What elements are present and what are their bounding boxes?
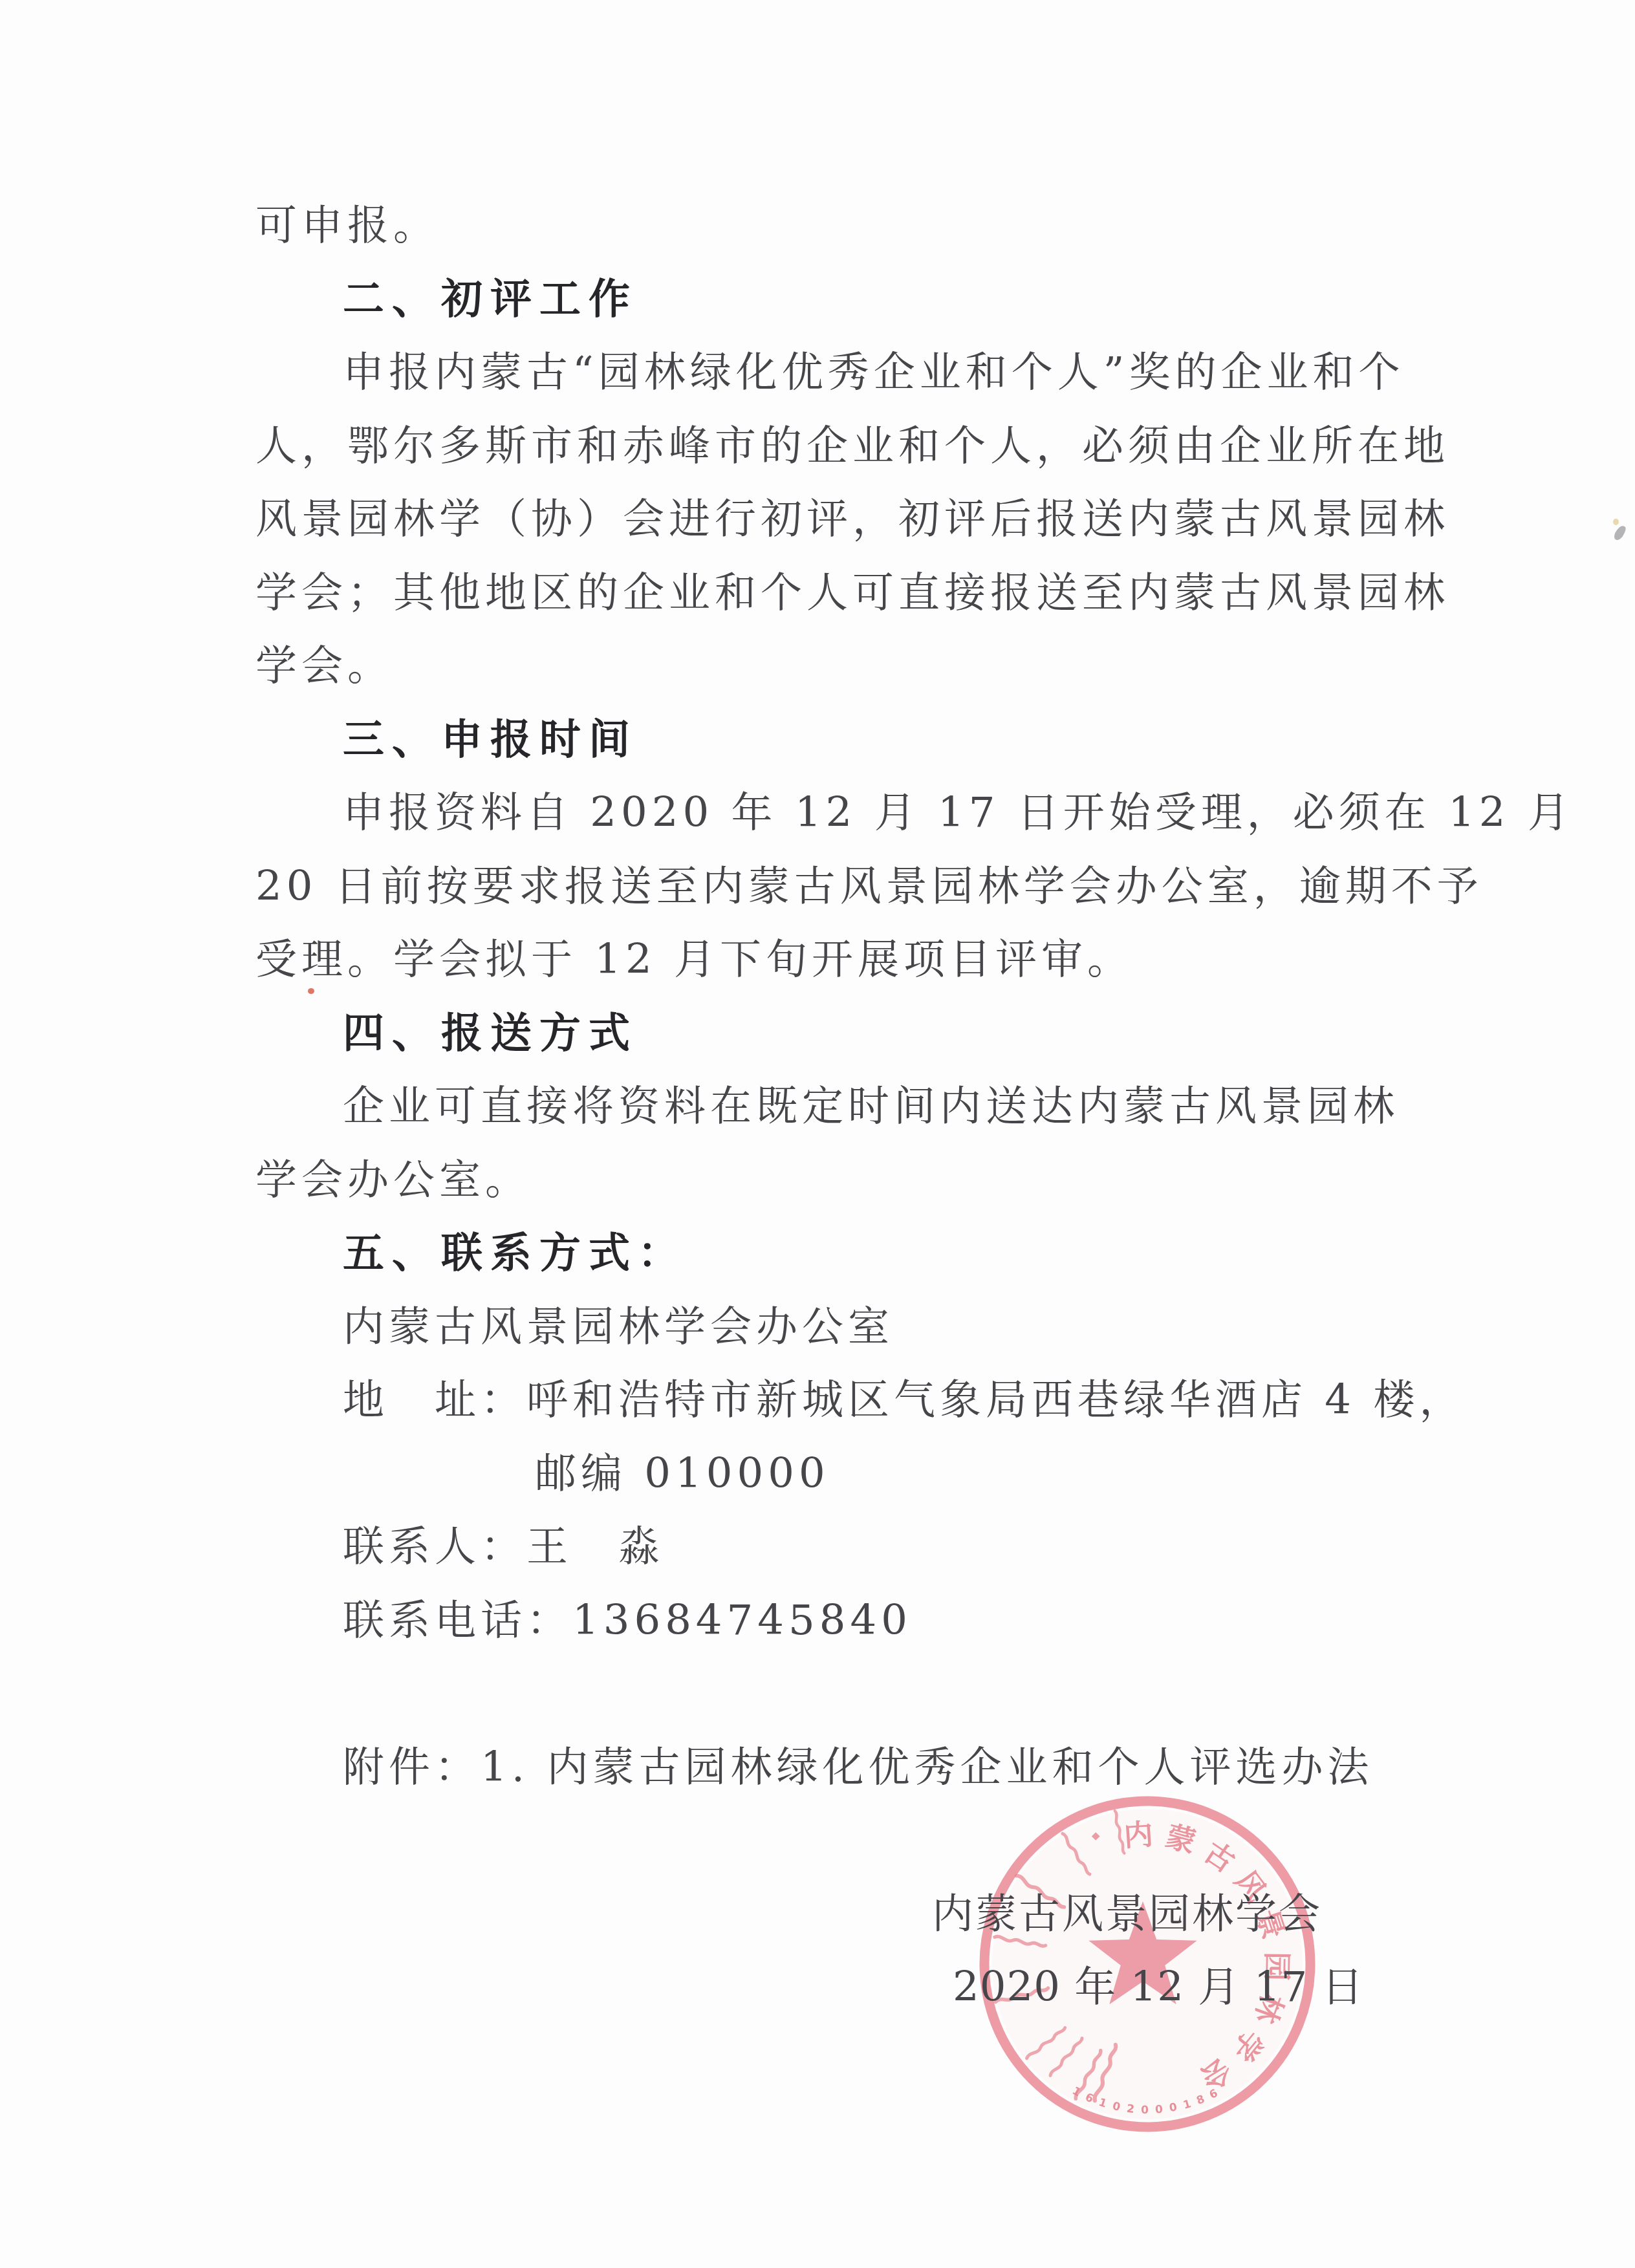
text-line: 联系电话：13684745840 bbox=[255, 1584, 1374, 1658]
text-line: 人，鄂尔多斯市和赤峰市的企业和个人，必须由企业所在地 bbox=[255, 410, 1374, 484]
seal-serial-number-digit: 0 bbox=[1141, 2104, 1149, 2117]
text-line: 内蒙古风景园林学会办公室 bbox=[255, 1291, 1374, 1365]
text-line: 联系人：王 淼 bbox=[255, 1511, 1374, 1584]
text-line: 申报资料自 2020 年 12 月 17 日开始受理，必须在 12 月 bbox=[255, 777, 1374, 850]
text-line: 学会办公室。 bbox=[255, 1144, 1374, 1218]
text-line: 地 址：呼和浩特市新城区气象局西巷绿华酒店 4 楼， bbox=[255, 1364, 1374, 1438]
seal-serial-number-digit: 0 bbox=[1154, 2103, 1164, 2117]
signature-line: 内蒙古风景园林学会 bbox=[255, 1878, 1374, 1952]
section-heading: 二、初评工作 bbox=[255, 263, 1374, 337]
text-line: 学会；其他地区的企业和个人可直接报送至内蒙古风景园林 bbox=[255, 557, 1374, 631]
section-heading: 四、报送方式 bbox=[255, 997, 1374, 1071]
text-line: 申报内蒙古“园林绿化优秀企业和个人”奖的企业和个 bbox=[255, 336, 1374, 410]
scanned-document-page: 内蒙古风景园林学会16102000186 可申报。二、初评工作申报内蒙古“园林绿… bbox=[0, 0, 1635, 2268]
seal-serial-number-digit: 2 bbox=[1126, 2102, 1135, 2116]
text-line: 可申报。 bbox=[255, 189, 1374, 263]
section-heading: 五、联系方式： bbox=[255, 1217, 1374, 1291]
date-line: 2020 年 12 月 17 日 bbox=[255, 1951, 1374, 2025]
text-line: 企业可直接将资料在既定时间内送达内蒙古风景园林 bbox=[255, 1070, 1374, 1144]
text-line: 20 日前按要求报送至内蒙古风景园林学会办公室，逾期不予 bbox=[255, 850, 1374, 924]
section-heading: 三、申报时间 bbox=[255, 704, 1374, 777]
scan-artifact-edge-smudge bbox=[1613, 524, 1627, 541]
text-line: 附件：1. 内蒙古园林绿化优秀企业和个人评选办法 bbox=[255, 1731, 1374, 1805]
text-line: 学会。 bbox=[255, 630, 1374, 704]
text-line: 风景园林学（协）会进行初评，初评后报送内蒙古风景园林 bbox=[255, 483, 1374, 557]
scan-artifact-red-dot bbox=[308, 988, 314, 994]
scan-artifact-edge-smudge bbox=[1613, 519, 1619, 525]
text-line: 邮编 010000 bbox=[255, 1438, 1374, 1511]
blank-line bbox=[255, 1804, 1374, 1878]
blank-line bbox=[255, 1658, 1374, 1731]
text-line: 受理。学会拟于 12 月下旬开展项目评审。 bbox=[255, 923, 1374, 997]
text-flow: 可申报。二、初评工作申报内蒙古“园林绿化优秀企业和个人”奖的企业和个人，鄂尔多斯… bbox=[255, 189, 1374, 2025]
